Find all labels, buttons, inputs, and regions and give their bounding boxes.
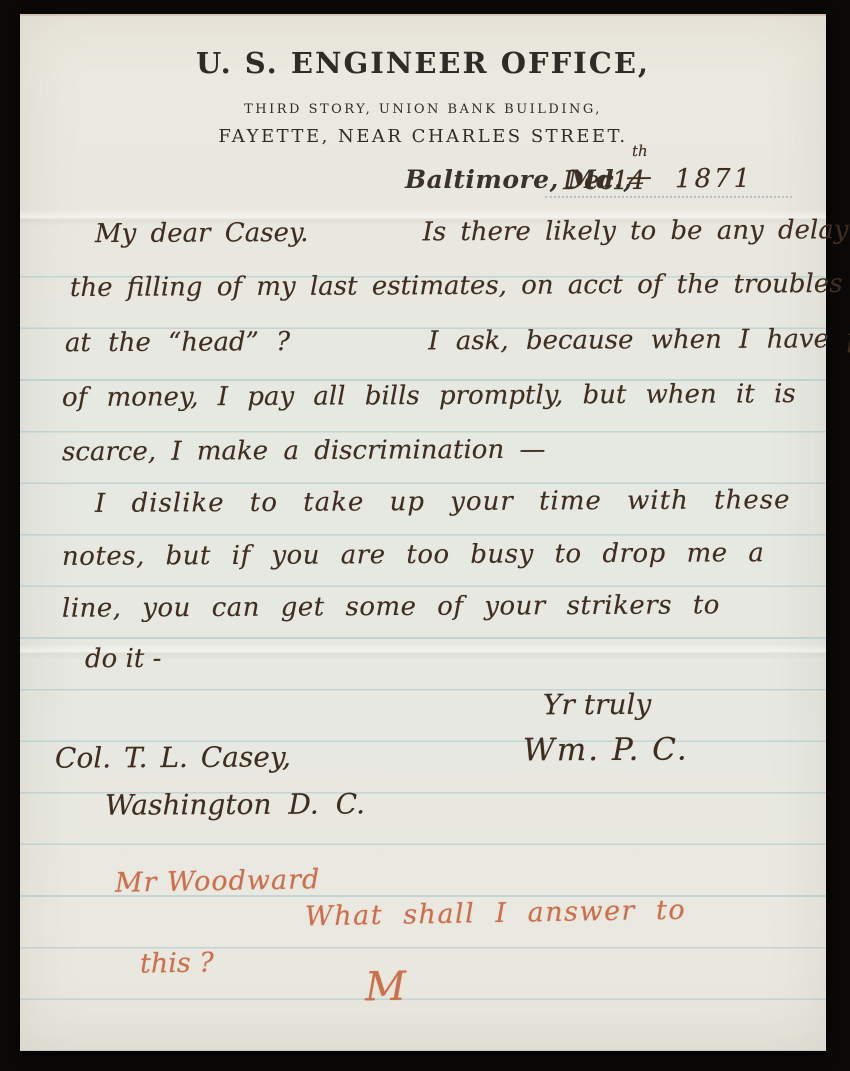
body-line: I dislike to take up your time with thes… [95, 485, 791, 519]
dateline-day-suffix: th [632, 142, 648, 160]
body-line: My dear Casey. Is there likely to be any… [95, 215, 850, 249]
red-pencil-initial: M [365, 964, 409, 1011]
date-dotted-rule [545, 195, 792, 198]
letterhead-address-line2: FAYETTE, NEAR CHARLES STREET. [20, 126, 826, 147]
dateline-year: 1871 [675, 164, 753, 194]
body-line: line, you can get some of your strikers … [62, 590, 720, 623]
letter-page: U. S. ENGINEER OFFICE, THIRD STORY, UNIO… [20, 14, 826, 1051]
letterhead-address-line1: THIRD STORY, UNION BANK BUILDING, [20, 102, 826, 117]
body-line: the filling of my last estimates, on acc… [70, 269, 843, 303]
red-pencil-note-line: Mr Woodward [115, 864, 321, 899]
body-line: do it - [85, 644, 162, 674]
closing-line: Yr truly [543, 688, 651, 722]
red-pencil-note-line: What shall I answer to [305, 895, 687, 933]
letterhead-office-name: U. S. ENGINEER OFFICE, [20, 46, 826, 80]
recipient-name: Col. T. L. Casey, [55, 740, 291, 774]
scanned-letter-photo: { "document_type": "scanned handwritten … [0, 0, 850, 1071]
red-pencil-note-line: this ? [140, 947, 214, 979]
body-line: of money, I pay all bills promptly, but … [62, 379, 796, 413]
body-line: scarce, I make a discrimination — [62, 435, 546, 468]
body-line: notes, but if you are too busy to drop m… [62, 538, 765, 572]
dateline-month: Dec [563, 166, 614, 196]
dateline-dash: — [626, 162, 652, 192]
recipient-city: Washington D. C. [105, 787, 365, 821]
signature: Wm. P. C. [523, 732, 689, 769]
body-line: at the “head” ? I ask, because when I ha… [65, 324, 850, 359]
